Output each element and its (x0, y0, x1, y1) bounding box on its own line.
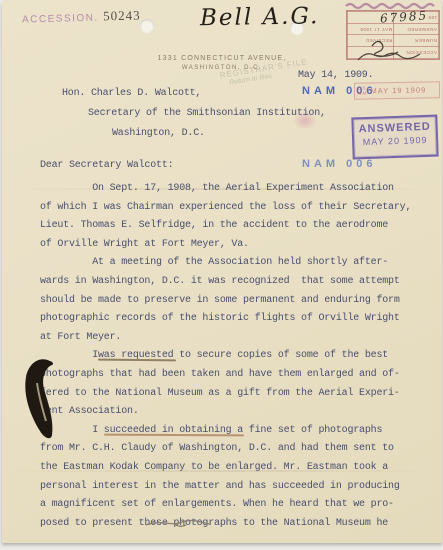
address-line: Hon. Charles D. Walcott, (62, 88, 201, 99)
nam-006-stamp: NAM 006 (302, 158, 376, 170)
address-line: Secretary of the Smithsonian Institution… (88, 108, 326, 119)
letter-body: On Sept. 17, 1908, the Aerial Experiment… (40, 180, 432, 533)
answered-date: MAY 20 1909 (354, 135, 436, 148)
letter-date: May 14, 1909. (298, 70, 373, 81)
office-stamp-cell: ANSWERED (394, 23, 439, 35)
punch-hole (140, 19, 154, 33)
accession-number: 50243 (103, 7, 141, 23)
pencil-squiggle (144, 516, 214, 530)
paper-crease (2, 188, 442, 190)
accession-stamp: ACCESSION. 50243 (22, 6, 141, 27)
handwritten-initials (354, 38, 434, 64)
address-line: Washington, D.C. (112, 128, 205, 139)
answered-label: ANSWERED (354, 121, 436, 136)
usnm-date: MAY 19 1909 (370, 85, 426, 95)
usnm-date-stamp: U.S. N.M. MAY 19 1909 (354, 81, 440, 99)
salutation: Dear Secretary Walcott: (40, 160, 173, 171)
answered-stamp: ANSWERED MAY 20 1909 (351, 115, 438, 160)
accession-label: ACCESSION. (22, 13, 99, 26)
letter-paper: ACCESSION. 50243 Bell A.G. 1331 CONNECTI… (2, 0, 442, 543)
large-ink-blot (10, 357, 62, 445)
scanned-letter: ACCESSION. 50243 Bell A.G. 1331 CONNECTI… (0, 0, 443, 550)
usnm-org: U.S. N.M. (358, 87, 368, 96)
handwritten-name: Bell A.G. (200, 3, 350, 32)
paper-crease (2, 470, 442, 472)
